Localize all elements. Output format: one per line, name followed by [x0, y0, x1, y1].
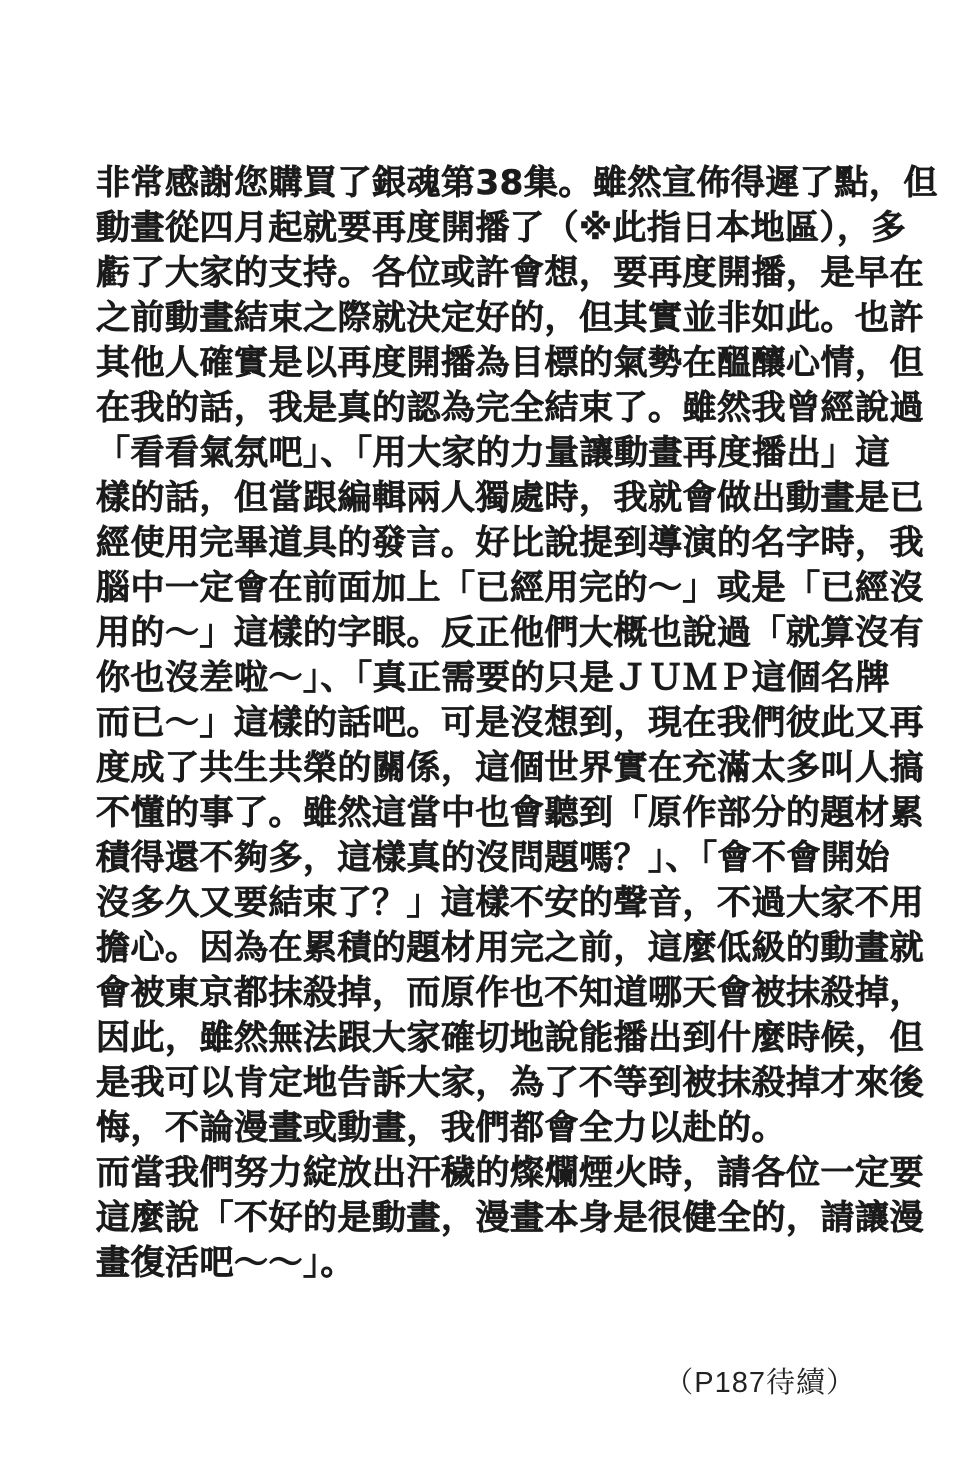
text-line: 而已～」這樣的話吧。可是沒想到，現在我們彼此又再: [96, 701, 898, 746]
text-line: 度成了共生共榮的關係，這個世界實在充滿太多叫人搞: [96, 746, 898, 791]
manga-afterword-page: 非常感謝您購買了銀魂第38集。雖然宣佈得遲了點，但動畫從四月起就要再度開播了（※…: [0, 0, 980, 1474]
text-line: 悔，不論漫畫或動畫，我們都會全力以赴的。: [96, 1106, 898, 1151]
text-line: 沒多久又要結束了？」這樣不安的聲音，不過大家不用: [96, 881, 898, 926]
text-line: 動畫從四月起就要再度開播了（※此指日本地區），多: [96, 206, 898, 251]
text-line: 是我可以肯定地告訴大家，為了不等到被抹殺掉才來後: [96, 1061, 898, 1106]
text-line: 而當我們努力綻放出汗穢的燦爛煙火時，請各位一定要: [96, 1151, 898, 1196]
continuation-note: （P187待續）: [664, 1360, 856, 1401]
text-line: 用的～」這樣的字眼。反正他們大概也說過「就算沒有: [96, 611, 898, 656]
text-line: 經使用完畢道具的發言。好比說提到導演的名字時，我: [96, 521, 898, 566]
text-line: 畫復活吧～～」。: [96, 1241, 898, 1286]
text-line: 你也沒差啦～」、「真正需要的只是ＪＵＭＰ這個名牌: [96, 656, 898, 701]
text-line: 腦中一定會在前面加上「已經用完的～」或是「已經沒: [96, 566, 898, 611]
text-line: 非常感謝您購買了銀魂第38集。雖然宣佈得遲了點，但: [96, 161, 898, 206]
text-line: 會被東京都抹殺掉，而原作也不知道哪天會被抹殺掉，: [96, 971, 898, 1016]
text-line: 擔心。因為在累積的題材用完之前，這麼低級的動畫就: [96, 926, 898, 971]
text-line: 在我的話，我是真的認為完全結束了。雖然我曾經說過: [96, 386, 898, 431]
text-line: 這麼說「不好的是動畫，漫畫本身是很健全的，請讓漫: [96, 1196, 898, 1241]
text-line: 「看看氣氛吧」、「用大家的力量讓動畫再度播出」這: [96, 431, 898, 476]
text-line: 積得還不夠多，這樣真的沒問題嗎？」、「會不會開始: [96, 836, 898, 881]
text-line: 虧了大家的支持。各位或許會想，要再度開播，是早在: [96, 251, 898, 296]
text-line: 樣的話，但當跟編輯兩人獨處時，我就會做出動畫是已: [96, 476, 898, 521]
afterword-text-block: 非常感謝您購買了銀魂第38集。雖然宣佈得遲了點，但動畫從四月起就要再度開播了（※…: [96, 161, 898, 1286]
text-line: 其他人確實是以再度開播為目標的氣勢在醞釀心情，但: [96, 341, 898, 386]
text-line: 之前動畫結束之際就決定好的，但其實並非如此。也許: [96, 296, 898, 341]
text-line: 不懂的事了。雖然這當中也會聽到「原作部分的題材累: [96, 791, 898, 836]
text-line: 因此，雖然無法跟大家確切地說能播出到什麼時候，但: [96, 1016, 898, 1061]
